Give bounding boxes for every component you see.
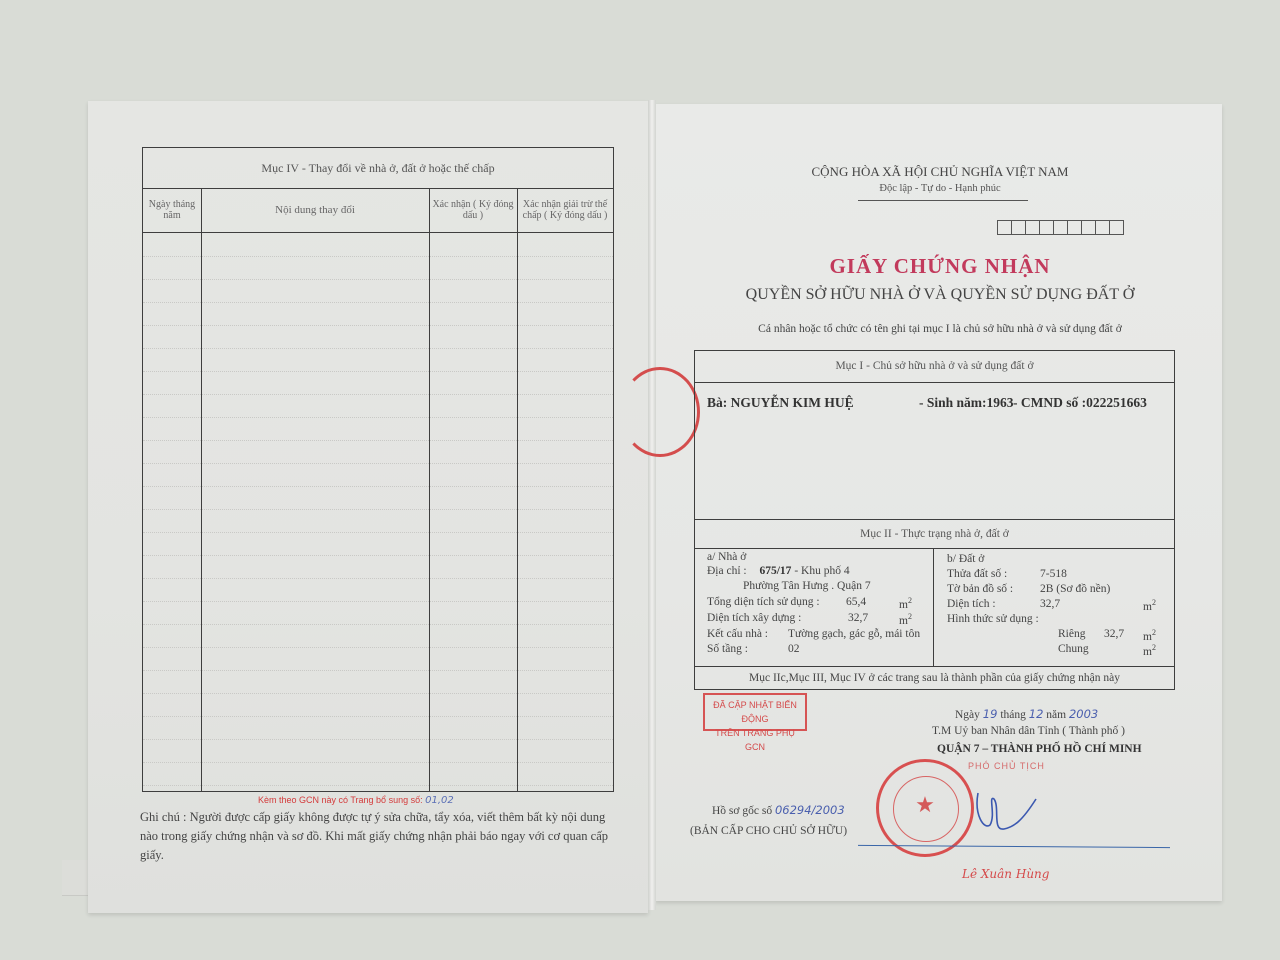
- ruled-line: [143, 417, 613, 418]
- ruled-line: [143, 279, 613, 280]
- binding-fold: [648, 100, 656, 910]
- serial-box: [1039, 220, 1054, 235]
- land-area-value: 32,7: [1040, 598, 1060, 610]
- ruled-line: [143, 624, 613, 625]
- section-iv-table: Mục IV - Thay đổi về nhà ở, đất ở hoặc t…: [142, 147, 614, 792]
- intro-text: Cá nhân hoặc tổ chức có tên ghi tại mục …: [660, 323, 1220, 335]
- ruled-line: [143, 348, 613, 349]
- ruled-line: [143, 325, 613, 326]
- serial-box: [1011, 220, 1026, 235]
- ruled-line: [143, 739, 613, 740]
- month-label: tháng: [1000, 709, 1026, 721]
- built-area-label: Diện tích xây dựng :: [707, 612, 801, 624]
- ruled-line: [143, 371, 613, 372]
- day-value: 19: [983, 707, 998, 721]
- update-stamp-line2: TRÊN TRANG PHỤ GCN: [705, 726, 805, 754]
- ruled-line: [143, 601, 613, 602]
- built-area-unit: m2: [899, 612, 912, 627]
- record-value: 06294/2003: [775, 803, 845, 817]
- structure-value: Tường gạch, gác gỗ, mái tôn: [788, 628, 920, 640]
- section-iv-title: Mục IV - Thay đổi về nhà ở, đất ở hoặc t…: [143, 148, 613, 189]
- authority: T.M Uỷ ban Nhân dân Tỉnh ( Thành phố ): [932, 725, 1125, 737]
- motto: Độc lập - Tự do - Hạnh phúc: [660, 183, 1220, 194]
- serial-box: [1067, 220, 1082, 235]
- district: QUẬN 7 – THÀNH PHỐ HỒ CHÍ MINH: [937, 743, 1142, 755]
- land-heading: b/ Đất ở: [947, 553, 984, 565]
- built-area-value: 32,7: [848, 612, 868, 624]
- owner-name: Bà: NGUYỄN KIM HUỆ: [707, 395, 854, 411]
- land-area-unit: m2: [1143, 598, 1156, 613]
- ruled-line: [143, 509, 613, 510]
- serial-box: [1025, 220, 1040, 235]
- record-label: Hồ sơ gốc số: [712, 805, 772, 817]
- column-divider: [933, 548, 934, 666]
- document-subtitle: QUYỀN SỞ HỮU NHÀ Ở VÀ QUYỀN SỬ DỤNG ĐẤT …: [660, 286, 1220, 304]
- ruled-line: [143, 440, 613, 441]
- column-header-release: Xác nhận giải trừ thế chấp ( Ký đóng dấu…: [517, 188, 613, 233]
- ruled-line: [143, 256, 613, 257]
- ruled-line: [143, 670, 613, 671]
- column-header-confirm: Xác nhận ( Ký đóng dấu ): [429, 188, 517, 233]
- update-stamp: ĐÃ CẬP NHẬT BIẾN ĐỘNG TRÊN TRANG PHỤ GCN: [703, 693, 807, 731]
- year-value: 2003: [1069, 707, 1098, 721]
- use-form-label: Hình thức sử dụng :: [947, 613, 1039, 625]
- signer-title: PHÓ CHỦ TỊCH: [968, 761, 1045, 771]
- signature-icon: [970, 785, 1040, 840]
- serial-box: [1081, 220, 1096, 235]
- owner-birth-year: - Sinh năm:1963: [919, 395, 1014, 411]
- month-value: 12: [1029, 707, 1044, 721]
- total-area-unit: m2: [899, 596, 912, 611]
- republic-header: CỘNG HÒA XÃ HỘI CHỦ NGHĨA VIỆT NAM: [660, 164, 1220, 180]
- land-area-label: Diện tích :: [947, 598, 996, 610]
- total-area-value: 65,4: [846, 596, 866, 608]
- address-label: Địa chỉ :: [707, 565, 747, 577]
- plot-label: Thửa đất số :: [947, 568, 1007, 580]
- ruled-line: [143, 785, 613, 786]
- ruled-line: [143, 762, 613, 763]
- address-rest: - Khu phố 4: [794, 565, 849, 577]
- motto-underline: [858, 200, 1028, 201]
- shared-label: Chung: [1058, 643, 1089, 655]
- ruled-line: [143, 394, 613, 395]
- ruled-line: [143, 693, 613, 694]
- supplement-label: Kèm theo GCN này có Trang bổ sung số:: [258, 795, 423, 805]
- ruled-line: [143, 486, 613, 487]
- signer-name: Lê Xuân Hùng: [962, 867, 1049, 881]
- section-ii-title: Mục II - Thực trạng nhà ở, đất ở: [695, 520, 1174, 549]
- ruled-line: [143, 716, 613, 717]
- structure-label: Kết cấu nhà :: [707, 628, 768, 640]
- issue-date: Ngày 19 tháng 12 năm 2003: [955, 707, 1098, 721]
- document-title: GIẤY CHỨNG NHẬN: [660, 254, 1220, 279]
- map-sheet-value: 2B (Sơ đồ nền): [1040, 583, 1110, 595]
- floors-label: Số tầng :: [707, 643, 748, 655]
- column-header-content: Nội dung thay đổi: [201, 188, 429, 233]
- address-line2: Phường Tân Hưng . Quận 7: [743, 580, 871, 592]
- ruled-line: [143, 463, 613, 464]
- ruled-line: [143, 302, 613, 303]
- map-sheet-label: Tờ bản đồ số :: [947, 583, 1013, 595]
- day-label: Ngày: [955, 709, 980, 721]
- official-seal-icon: ★: [876, 759, 974, 857]
- column-header-date: Ngày tháng năm: [143, 188, 201, 233]
- plot-value: 7-518: [1040, 568, 1067, 580]
- update-stamp-line1: ĐÃ CẬP NHẬT BIẾN ĐỘNG: [705, 698, 805, 726]
- section-ii-footer: Mục IIc,Mục III, Mục IV ở các trang sau …: [695, 666, 1174, 689]
- serial-number-boxes: [998, 220, 1124, 235]
- record-number: Hồ sơ gốc số 06294/2003: [712, 803, 845, 817]
- shared-unit: m2: [1143, 643, 1156, 658]
- partial-seal-stamp: [620, 367, 700, 457]
- total-area-label: Tổng diện tích sử dụng :: [707, 596, 820, 608]
- ruled-line: [143, 647, 613, 648]
- floors-value: 02: [788, 643, 800, 655]
- address-row: Địa chỉ : 675/17 - Khu phố 4: [707, 565, 850, 577]
- house-heading: a/ Nhà ở: [707, 551, 746, 563]
- private-area: 32,7: [1104, 628, 1124, 640]
- serial-box: [1095, 220, 1110, 235]
- serial-box: [1109, 220, 1124, 235]
- ruled-line: [143, 532, 613, 533]
- supplement-note: Kèm theo GCN này có Trang bổ sung số: 01…: [258, 795, 454, 806]
- serial-box: [997, 220, 1012, 235]
- supplement-value: 01,02: [425, 795, 454, 806]
- owner-id-number: - CMND số :022251663: [1013, 395, 1147, 411]
- private-unit: m2: [1143, 628, 1156, 643]
- section-i-box: Mục I - Chủ sở hữu nhà ở và sử dụng đất …: [694, 350, 1175, 520]
- copy-type: (BẢN CẤP CHO CHỦ SỞ HỮU): [690, 825, 847, 837]
- section-i-title: Mục I - Chủ sở hữu nhà ở và sử dụng đất …: [695, 351, 1174, 383]
- year-label: năm: [1046, 709, 1066, 721]
- private-label: Riêng: [1058, 628, 1085, 640]
- ruled-line: [143, 578, 613, 579]
- serial-box: [1053, 220, 1068, 235]
- footer-note: Ghi chú : Người được cấp giấy không được…: [140, 808, 620, 865]
- ruled-line: [143, 555, 613, 556]
- address-number: 675/17: [759, 565, 791, 577]
